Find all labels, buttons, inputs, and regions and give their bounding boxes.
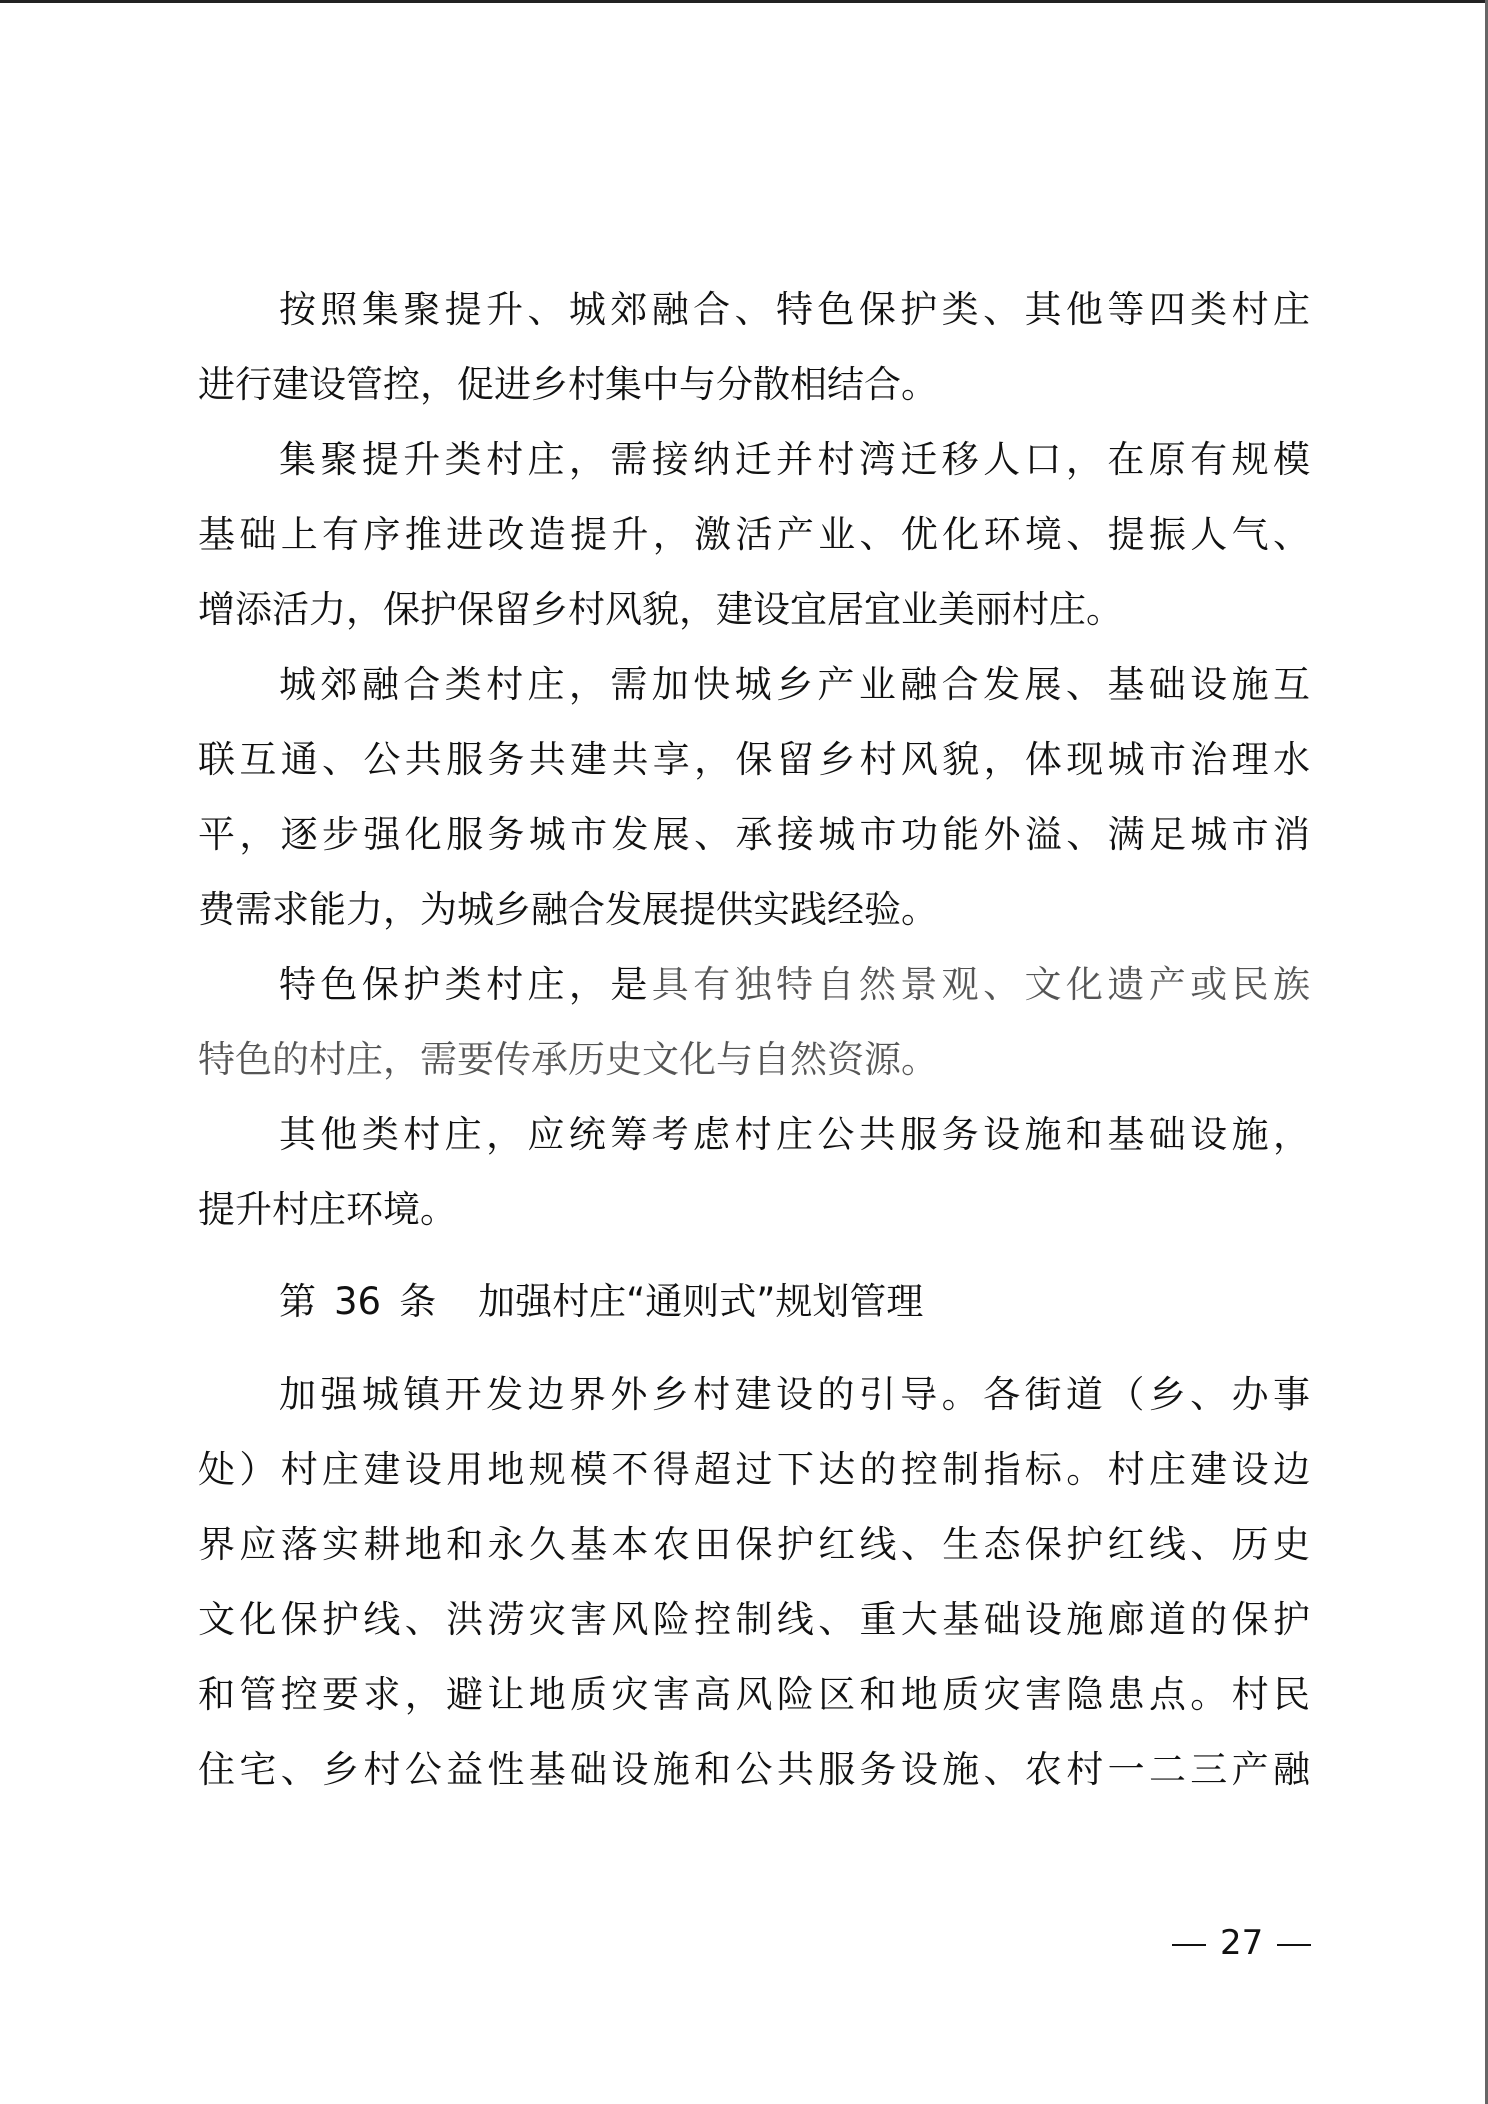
page-number-left-dash [1172,1944,1206,1946]
paragraph-2-line-3: 增添活力，保护保留乡村风貌，建设宜居宜业美丽村庄。 [198,580,1310,640]
paragraph-4-normal-text: 特色保护类村庄，是 [279,963,652,1006]
paragraph-4-gray-text: 具有独特自然景观、文化遗产或民族 [652,963,1310,1006]
paragraph-4-line-2: 特色的村庄，需要传承历史文化与自然资源。 [198,1030,1310,1090]
page-number-right-dash [1277,1944,1311,1946]
page-number-value: 27 [1220,1923,1263,1963]
article-paragraph-line-4: 文化保护线、洪涝灾害风险控制线、重大基础设施廊道的保护 [198,1590,1310,1650]
paragraph-3-line-4: 费需求能力，为城乡融合发展提供实践经验。 [198,880,1310,940]
paragraph-4-line-1: 特色保护类村庄，是具有独特自然景观、文化遗产或民族 [279,955,1310,1015]
article-number: 36 [334,1280,381,1323]
article-paragraph-line-1: 加强城镇开发边界外乡村建设的引导。各街道（乡、办事 [279,1365,1310,1425]
article-paragraph-line-5: 和管控要求，避让地质灾害高风险区和地质灾害隐患点。村民 [198,1665,1310,1725]
page-number: 27 [1158,1915,1325,1971]
article-heading-suffix: 条 [399,1280,436,1323]
article-title: 加强村庄“通则式”规划管理 [478,1280,923,1323]
paragraph-3-line-3: 平，逐步强化服务城市发展、承接城市功能外溢、满足城市消 [198,805,1310,865]
paragraph-5-line-1: 其他类村庄，应统筹考虑村庄公共服务设施和基础设施， [279,1105,1310,1165]
paragraph-1-line-1: 按照集聚提升、城郊融合、特色保护类、其他等四类村庄 [279,280,1310,340]
page-top-border [0,0,1488,3]
paragraph-2-line-2: 基础上有序推进改造提升，激活产业、优化环境、提振人气、 [198,505,1310,565]
article-heading: 第36条加强村庄“通则式”规划管理 [279,1272,923,1332]
article-paragraph-line-3: 界应落实耕地和永久基本农田保护红线、生态保护红线、历史 [198,1515,1310,1575]
paragraph-3-line-1: 城郊融合类村庄，需加快城乡产业融合发展、基础设施互 [279,655,1310,715]
article-paragraph-line-6: 住宅、乡村公益性基础设施和公共服务设施、农村一二三产融 [198,1740,1310,1800]
paragraph-4-gray-text-2: 特色的村庄，需要传承历史文化与自然资源。 [198,1038,938,1081]
article-paragraph-line-2: 处）村庄建设用地规模不得超过下达的控制指标。村庄建设边 [198,1440,1310,1500]
paragraph-1-line-2: 进行建设管控，促进乡村集中与分散相结合。 [198,355,1310,415]
paragraph-3-line-2: 联互通、公共服务共建共享，保留乡村风貌，体现城市治理水 [198,730,1310,790]
paragraph-5-line-2: 提升村庄环境。 [198,1180,1310,1240]
article-heading-prefix: 第 [279,1280,316,1323]
paragraph-2-line-1: 集聚提升类村庄，需接纳迁并村湾迁移人口，在原有规模 [279,430,1310,490]
